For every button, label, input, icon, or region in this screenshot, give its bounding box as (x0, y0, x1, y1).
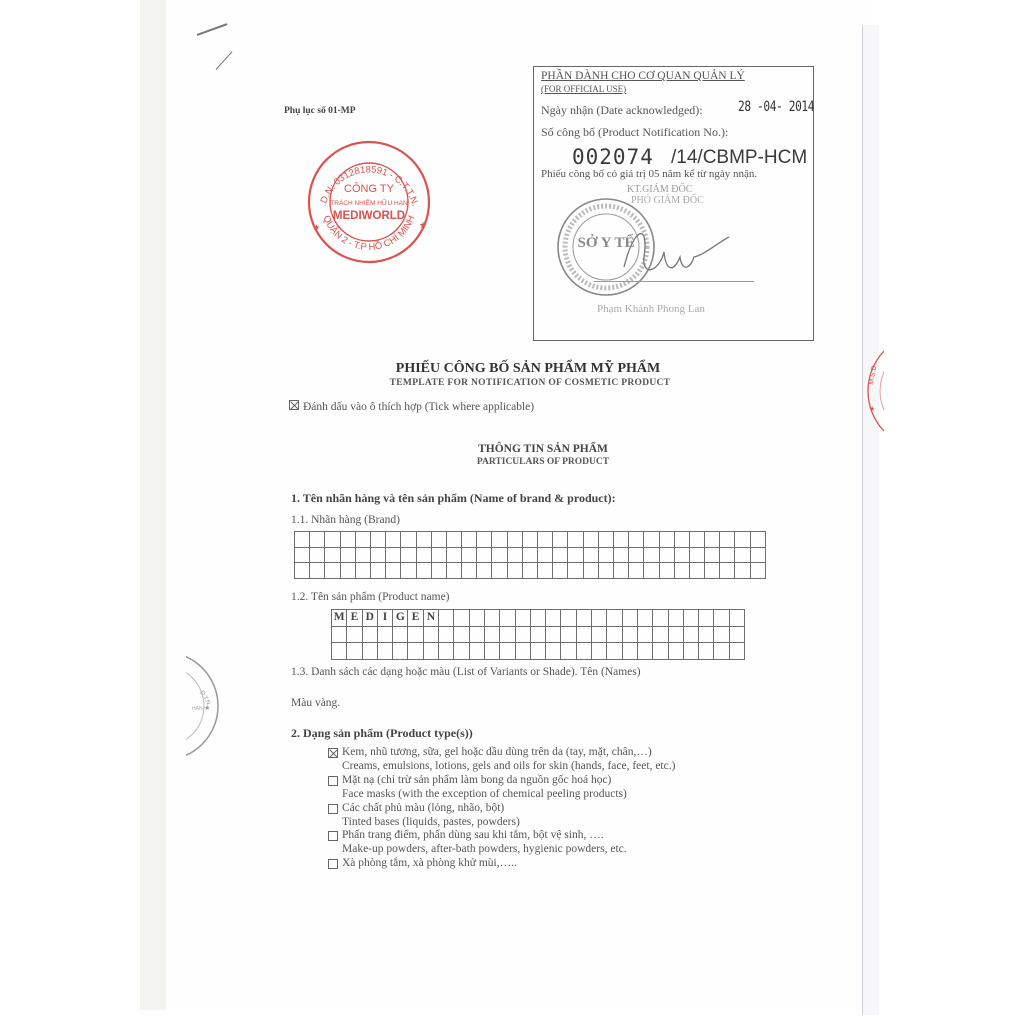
grid-cell: E (347, 610, 362, 627)
grid-cell (408, 643, 423, 660)
grid-cell: D (362, 610, 377, 627)
notification-number: 002074 (572, 145, 654, 169)
grid-cell (439, 643, 454, 660)
grid-cell (431, 547, 446, 563)
grid-cell (699, 626, 714, 643)
grid-cell (423, 626, 438, 643)
grid-cell (689, 532, 704, 548)
grid-cell (576, 643, 591, 660)
grid-cell (592, 610, 607, 627)
grid-cell (613, 563, 628, 579)
grid-cell (546, 626, 561, 643)
section2-heading: 2. Dạng sản phẩm (Product type(s)) (291, 726, 473, 741)
grid-cell (469, 610, 484, 627)
validity-note: Phiếu công bố có giá trị 05 năm kể từ ng… (541, 168, 757, 180)
grid-cell (484, 626, 499, 643)
grid-cell (469, 626, 484, 643)
checkbox-icon (328, 831, 338, 841)
grid-cell (462, 532, 477, 548)
section-subtitle: PARTICULARS OF PRODUCT (0, 457, 1024, 467)
grid-cell (714, 626, 729, 643)
notification-number-suffix: /14/CBMP-HCM (671, 147, 807, 169)
checked-box-icon (289, 400, 299, 410)
product-type-list: Kem, nhũ tương, sữa, gel hoặc dầu dùng t… (328, 746, 675, 871)
product-type-en: Tinted bases (liquids, pastes, powders) (328, 816, 675, 830)
grid-cell (714, 610, 729, 627)
grid-cell (370, 532, 385, 548)
grid-cell (484, 643, 499, 660)
grid-cell (683, 610, 698, 627)
product-type-en: Make-up powders, after-bath powders, hyg… (328, 843, 675, 857)
grid-cell (416, 532, 431, 548)
grid-cell (492, 563, 507, 579)
svg-text:MEDIWORLD: MEDIWORLD (333, 210, 405, 222)
grid-cell (644, 547, 659, 563)
signature-line (594, 281, 754, 282)
svg-text:★: ★ (419, 220, 427, 230)
svg-text:★: ★ (313, 223, 320, 232)
grid-cell (484, 610, 499, 627)
grid-cell (500, 626, 515, 643)
grid-cell (653, 610, 668, 627)
grid-cell (515, 626, 530, 643)
checkbox-icon (328, 804, 338, 814)
signer-name: Phạm Khánh Phong Lan (597, 303, 705, 315)
grid-cell (561, 626, 576, 643)
grid-cell (530, 626, 545, 643)
grid-cell (622, 626, 637, 643)
partial-seal-icon: D.T.N HAN ★ (186, 652, 226, 760)
grid-cell (546, 643, 561, 660)
grid-cell (446, 547, 461, 563)
grid-cell (750, 532, 765, 548)
grid-cell (674, 563, 689, 579)
grid-cell (362, 626, 377, 643)
grid-cell (659, 563, 674, 579)
grid-cell (522, 532, 537, 548)
grid-cell: I (377, 610, 392, 627)
grid-cell (598, 563, 613, 579)
grid-cell (607, 643, 622, 660)
tick-note: Đánh dấu vào ô thích hợp (Tick where app… (289, 398, 534, 413)
grid-cell (362, 643, 377, 660)
grid-cell (370, 547, 385, 563)
grid-cell (637, 643, 652, 660)
grid-cell (729, 643, 744, 660)
grid-cell (431, 532, 446, 548)
grid-cell (683, 643, 698, 660)
partial-seal-icon: M.S.D. ★ (864, 345, 884, 437)
grid-cell (659, 532, 674, 548)
grid-cell (607, 610, 622, 627)
checkbox-icon (328, 776, 338, 786)
grid-cell (607, 626, 622, 643)
grid-cell (729, 610, 744, 627)
grid-cell (659, 547, 674, 563)
grid-cell (416, 547, 431, 563)
grid-cell (699, 610, 714, 627)
grid-cell (561, 643, 576, 660)
product-type-vn: Mặt nạ (chỉ trừ sản phẩm làm bong da ngu… (342, 774, 611, 788)
grid-cell (637, 626, 652, 643)
grid-cell (310, 563, 325, 579)
grid-cell (377, 626, 392, 643)
date-acknowledged-label: Ngày nhận (Date acknowledged): (541, 103, 703, 118)
grid-cell (408, 626, 423, 643)
grid-cell (355, 547, 370, 563)
brand-entry-grid (294, 531, 766, 579)
grid-cell (629, 563, 644, 579)
grid-cell (546, 610, 561, 627)
tick-note-text: Đánh dấu vào ô thích hợp (Tick where app… (303, 401, 534, 413)
svg-text:★: ★ (869, 405, 875, 413)
grid-cell (689, 563, 704, 579)
grid-cell (668, 610, 683, 627)
grid-cell (454, 626, 469, 643)
grid-cell (729, 626, 744, 643)
grid-cell (370, 563, 385, 579)
grid-cell (705, 547, 720, 563)
product-type-option: Xà phòng tắm, xà phòng khử mùi,….. (328, 857, 675, 871)
grid-cell (538, 563, 553, 579)
svg-text:★: ★ (204, 704, 210, 712)
grid-cell (386, 563, 401, 579)
grid-cell (592, 643, 607, 660)
grid-cell (431, 563, 446, 579)
grid-cell (477, 547, 492, 563)
company-seal-icon: M.S.D.N: 0312818591 - C.T.T.N.H.H QUẬN 2… (305, 138, 433, 266)
grid-cell (720, 563, 735, 579)
brand-label: 1.1. Nhãn hàng (Brand) (291, 514, 400, 526)
grid-cell (705, 532, 720, 548)
grid-cell (492, 547, 507, 563)
grid-cell (446, 532, 461, 548)
grid-cell: N (423, 610, 438, 627)
grid-cell (530, 643, 545, 660)
product-type-vn: Kem, nhũ tương, sữa, gel hoặc dầu dùng t… (342, 746, 652, 760)
section-title: THÔNG TIN SẢN PHẨM (0, 443, 1024, 455)
grid-cell (295, 563, 310, 579)
notification-number-label: Số công bố (Product Notification No.): (541, 125, 728, 140)
grid-cell (507, 563, 522, 579)
grid-cell (622, 643, 637, 660)
grid-cell (668, 626, 683, 643)
grid-cell (735, 563, 750, 579)
scan-margin-left (140, 0, 167, 1010)
product-type-option: Mặt nạ (chỉ trừ sản phẩm làm bong da ngu… (328, 774, 675, 788)
product-type-vn: Xà phòng tắm, xà phòng khử mùi,….. (342, 857, 517, 871)
grid-cell (515, 643, 530, 660)
signature-icon (614, 217, 734, 287)
grid-cell (355, 532, 370, 548)
grid-cell (295, 532, 310, 548)
grid-cell (446, 563, 461, 579)
grid-cell (553, 563, 568, 579)
grid-cell (477, 532, 492, 548)
grid-cell: M (332, 610, 347, 627)
grid-cell (332, 626, 347, 643)
grid-cell (462, 563, 477, 579)
svg-text:HAN: HAN (192, 706, 203, 712)
grid-cell (720, 547, 735, 563)
grid-cell: G (393, 610, 408, 627)
grid-cell (423, 643, 438, 660)
grid-cell (325, 532, 340, 548)
grid-cell (310, 532, 325, 548)
grid-cell (310, 547, 325, 563)
appendix-label: Phụ lục số 01-MP (284, 106, 356, 116)
grid-cell (401, 563, 416, 579)
grid-cell (714, 643, 729, 660)
grid-cell: E (408, 610, 423, 627)
grid-cell (653, 626, 668, 643)
grid-cell (340, 532, 355, 548)
grid-cell (325, 547, 340, 563)
grid-cell (340, 563, 355, 579)
grid-cell (683, 626, 698, 643)
grid-cell (613, 532, 628, 548)
grid-cell (416, 563, 431, 579)
official-use-title: PHẦN DÀNH CHO CƠ QUAN QUẢN LÝ (541, 70, 745, 82)
svg-text:CÔNG TY: CÔNG TY (344, 182, 395, 195)
grid-cell (735, 547, 750, 563)
section1-heading: 1. Tên nhãn hàng và tên sản phẩm (Name o… (291, 491, 616, 506)
grid-cell (401, 547, 416, 563)
grid-cell (699, 643, 714, 660)
grid-cell (629, 547, 644, 563)
grid-cell (469, 643, 484, 660)
grid-cell (568, 532, 583, 548)
grid-cell (355, 563, 370, 579)
product-type-vn: Các chất phủ màu (lỏng, nhão, bột) (342, 802, 504, 816)
grid-cell (598, 532, 613, 548)
grid-cell (568, 547, 583, 563)
grid-cell (583, 563, 598, 579)
grid-cell (439, 626, 454, 643)
product-type-option: Kem, nhũ tương, sữa, gel hoặc dầu dùng t… (328, 746, 675, 760)
grid-cell (705, 563, 720, 579)
grid-cell (622, 610, 637, 627)
grid-cell (629, 532, 644, 548)
grid-cell (439, 610, 454, 627)
grid-cell (561, 610, 576, 627)
grid-cell (576, 610, 591, 627)
grid-cell (644, 532, 659, 548)
grid-cell (477, 563, 492, 579)
official-use-subtitle: (FOR OFFICIAL USE) (541, 84, 626, 94)
grid-cell (507, 532, 522, 548)
grid-cell (576, 626, 591, 643)
grid-cell (325, 563, 340, 579)
grid-cell (462, 547, 477, 563)
grid-cell (538, 547, 553, 563)
product-name-grid: MEDIGEN (331, 609, 745, 660)
grid-cell (347, 643, 362, 660)
grid-cell (500, 643, 515, 660)
checkbox-icon (328, 859, 338, 869)
grid-cell (522, 563, 537, 579)
product-type-option: Phấn trang điểm, phấn dùng sau khi tắm, … (328, 829, 675, 843)
svg-text:M.S.D.N: 0312818591 - C.T.T.N.: M.S.D.N: 0312818591 - C.T.T.N.H.H (305, 138, 421, 208)
grid-cell (515, 610, 530, 627)
grid-cell (500, 610, 515, 627)
grid-cell (538, 532, 553, 548)
svg-text:TRÁCH NHIỆM HỮU HẠN: TRÁCH NHIỆM HỮU HẠN (330, 198, 408, 207)
grid-cell (393, 626, 408, 643)
grid-cell (347, 626, 362, 643)
grid-cell (340, 547, 355, 563)
scan-margin-right (862, 25, 879, 1015)
grid-cell (530, 610, 545, 627)
grid-cell (613, 547, 628, 563)
grid-cell (735, 532, 750, 548)
grid-cell (332, 643, 347, 660)
grid-cell (386, 547, 401, 563)
grid-cell (750, 563, 765, 579)
grid-cell (393, 643, 408, 660)
grid-cell (689, 547, 704, 563)
grid-cell (674, 532, 689, 548)
checked-box-icon (328, 748, 338, 758)
grid-cell (454, 643, 469, 660)
grid-cell (377, 643, 392, 660)
grid-cell (598, 547, 613, 563)
date-acknowledged-value: 28 -04- 2014 (738, 99, 814, 115)
product-name-label: 1.2. Tên sản phẩm (Product name) (291, 591, 450, 603)
document-subtitle: TEMPLATE FOR NOTIFICATION OF COSMETIC PR… (0, 378, 1024, 388)
document-title: PHIẾU CÔNG BỐ SẢN PHẨM MỸ PHẨM (0, 361, 1024, 377)
grid-cell (637, 610, 652, 627)
grid-cell (492, 532, 507, 548)
grid-cell (401, 532, 416, 548)
grid-cell (720, 532, 735, 548)
grid-cell (568, 563, 583, 579)
variants-label: 1.3. Danh sách các dạng hoặc màu (List o… (291, 666, 641, 678)
grid-cell (454, 610, 469, 627)
grid-cell (644, 563, 659, 579)
grid-cell (668, 643, 683, 660)
grid-cell (592, 626, 607, 643)
grid-cell (553, 532, 568, 548)
grid-cell (386, 532, 401, 548)
product-type-en: Face masks (with the exception of chemic… (328, 788, 675, 802)
grid-cell (653, 643, 668, 660)
grid-cell (750, 547, 765, 563)
signatory-title: KT.GIÁM ĐỐC (627, 184, 692, 195)
grid-cell (522, 547, 537, 563)
grid-cell (583, 547, 598, 563)
grid-cell (674, 547, 689, 563)
variants-value: Màu vàng. (291, 697, 340, 709)
grid-cell (583, 532, 598, 548)
official-use-box: PHẦN DÀNH CHO CƠ QUAN QUẢN LÝ (FOR OFFIC… (533, 66, 814, 341)
grid-cell (553, 547, 568, 563)
product-type-vn: Phấn trang điểm, phấn dùng sau khi tắm, … (342, 829, 604, 843)
grid-cell (507, 547, 522, 563)
grid-cell (295, 547, 310, 563)
product-type-option: Các chất phủ màu (lỏng, nhão, bột) (328, 802, 675, 816)
product-type-en: Creams, emulsions, lotions, gels and oil… (328, 760, 675, 774)
